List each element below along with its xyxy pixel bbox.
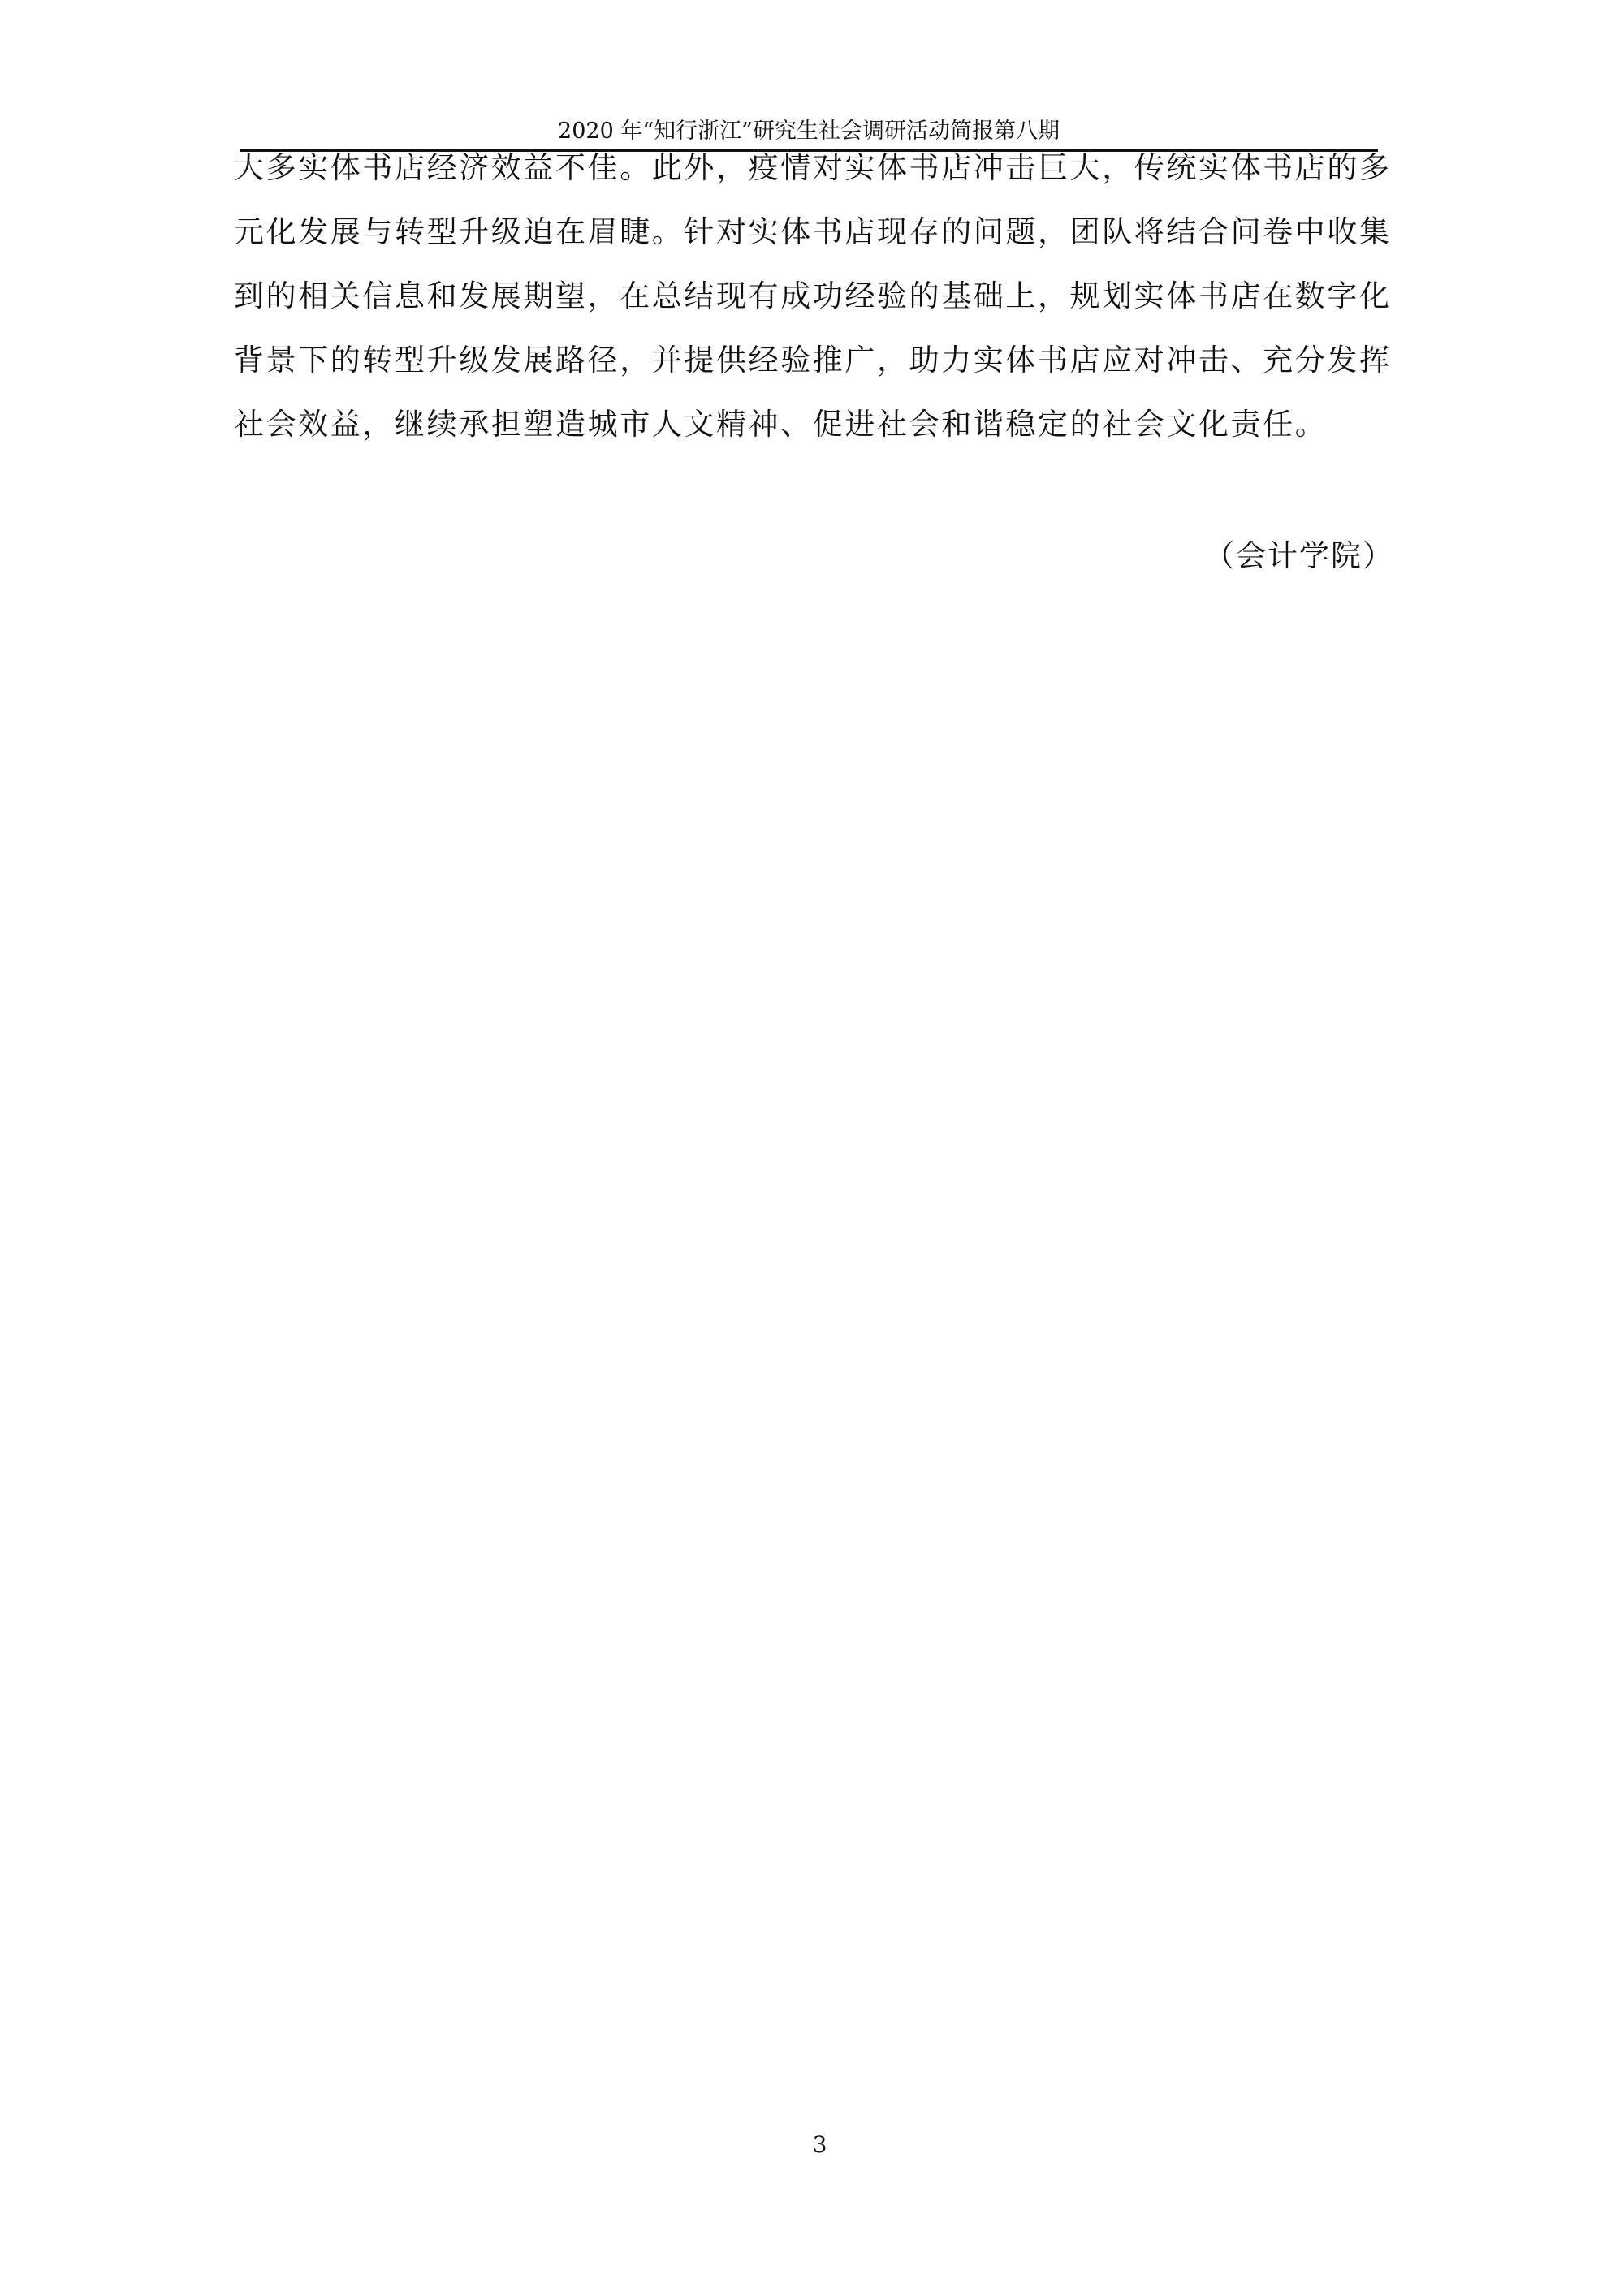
page-number: 3 bbox=[0, 2132, 1624, 2158]
body-line: 大多实体书店经济效益不佳。此外，疫情对实体书店冲击巨大，传统实体书店的多 bbox=[234, 136, 1411, 200]
body-paragraph: 大多实体书店经济效益不佳。此外，疫情对实体书店冲击巨大，传统实体书店的多 元化发… bbox=[234, 136, 1411, 456]
body-line: 元化发展与转型升级迫在眉睫。针对实体书店现存的问题，团队将结合问卷中收集 bbox=[234, 200, 1411, 264]
author-signature: （会计学院） bbox=[1204, 537, 1394, 575]
body-line: 到的相关信息和发展期望，在总结现有成功经验的基础上，规划实体书店在数字化 bbox=[234, 264, 1411, 328]
body-line: 背景下的转型升级发展路径，并提供经验推广，助力实体书店应对冲击、充分发挥 bbox=[234, 328, 1411, 392]
document-page: 2020 年“知行浙江”研究生社会调研活动简报第八期 大多实体书店经济效益不佳。… bbox=[0, 0, 1624, 2296]
body-line: 社会效益，继续承担塑造城市人文精神、促进社会和谐稳定的社会文化责任。 bbox=[234, 392, 1411, 456]
